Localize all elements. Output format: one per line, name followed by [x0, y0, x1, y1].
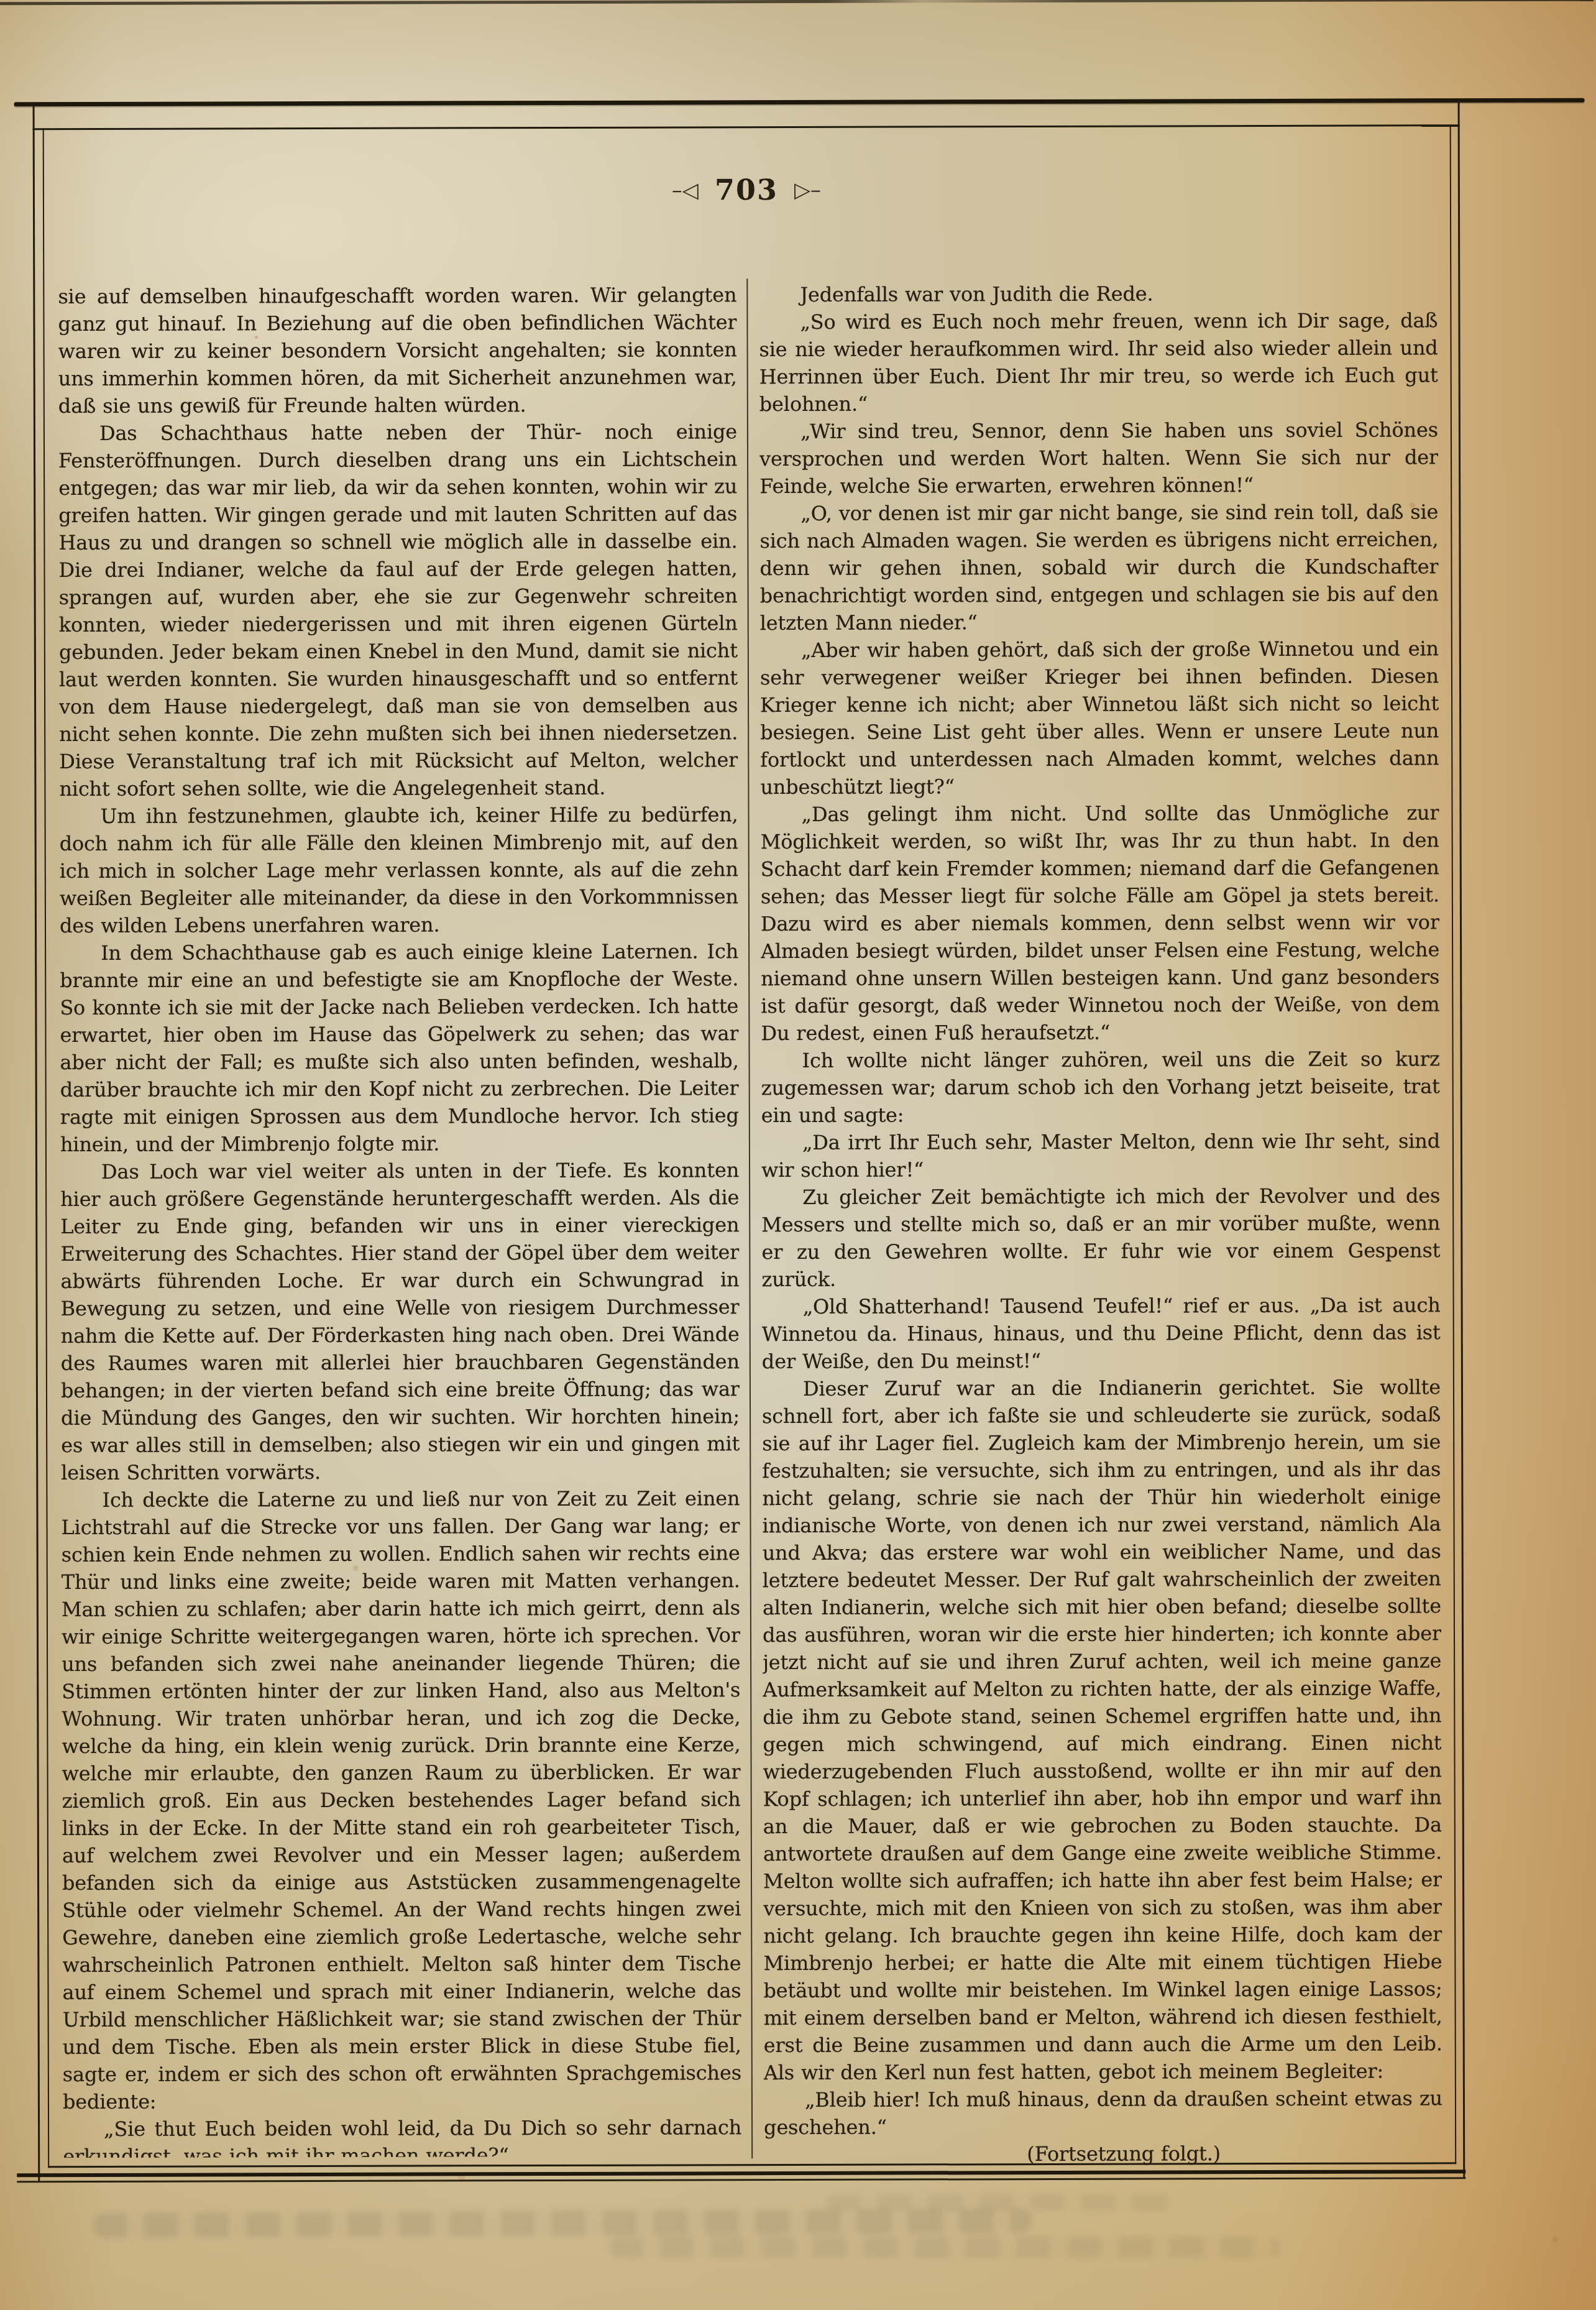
paragraph: Das Loch war viel weiter als unten in de… — [60, 1156, 740, 1486]
frame-border-right-inner — [1450, 124, 1457, 2164]
header-fleuron-right-icon: ▷– — [794, 178, 821, 203]
bottom-heavy-rule — [17, 2170, 1465, 2177]
frame-border-left-outer — [33, 103, 40, 2181]
column-divider-rule — [746, 278, 753, 2158]
paragraph: Dieser Zuruf war an die Indianerin geric… — [762, 1373, 1442, 2086]
page-number: 703 — [715, 173, 778, 206]
paragraph: „Sie thut Euch beiden wohl leid, da Du D… — [63, 2114, 741, 2158]
page-header: –◁703▷– — [33, 171, 1460, 208]
showthrough-smudge — [827, 2194, 1175, 2211]
paragraph: Um ihn festzunehmen, glaubte ich, keiner… — [59, 801, 738, 939]
frame-border-right-outer — [1458, 99, 1465, 2178]
paragraph: „Das gelingt ihm nicht. Und sollte das U… — [760, 799, 1439, 1047]
right-column-paragraphs: Jedenfalls war von Judith die Rede.„So w… — [759, 279, 1442, 2141]
left-text-column: sie auf demselben hinaufgeschafft worden… — [58, 281, 741, 2158]
top-edge-rule — [0, 0, 1594, 5]
paragraph: „Wir sind treu, Sennor, denn Sie haben u… — [759, 416, 1438, 500]
bottom-thin-rule — [17, 2177, 1465, 2183]
paragraph: Das Schachthaus hatte neben der Thür- no… — [58, 418, 738, 803]
showthrough-smudge — [93, 2208, 1032, 2238]
paragraph: In dem Schachthause gab es auch einige k… — [60, 937, 739, 1158]
top-heavy-rule — [14, 98, 1585, 107]
printed-area: –◁703▷– sie auf demselben hinaufgeschaff… — [0, 0, 1596, 2310]
showthrough-smudge — [609, 2237, 1280, 2258]
paragraph: „O, vor denen ist mir gar nicht bange, s… — [759, 498, 1439, 637]
frame-border-top — [33, 124, 1460, 130]
paragraph: „Bleib hier! Ich muß hinaus, denn da dra… — [764, 2084, 1442, 2141]
paragraph: „Old Shatterhand! Tausend Teufel!“ rief … — [762, 1291, 1441, 1375]
paragraph: Zu gleicher Zeit bemächtigte ich mich de… — [761, 1182, 1440, 1293]
paragraph: „So wird es Euch noch mehr freuen, wenn … — [759, 306, 1438, 418]
scanned-newspaper-page: –◁703▷– sie auf demselben hinaufgeschaff… — [0, 0, 1596, 2310]
paragraph: „Aber wir haben gehört, daß sich der gro… — [760, 635, 1439, 801]
paragraph: Jedenfalls war von Judith die Rede. — [759, 279, 1438, 308]
right-text-column: Jedenfalls war von Judith die Rede.„So w… — [759, 279, 1442, 2171]
frame-border-left-inner — [43, 128, 50, 2168]
paragraph: „Da irrt Ihr Euch sehr, Master Melton, d… — [761, 1127, 1440, 1184]
header-fleuron-left-icon: –◁ — [672, 178, 699, 203]
paragraph: Ich wollte nicht länger zuhören, weil un… — [761, 1045, 1440, 1129]
paragraph: Ich deckte die Laterne zu und ließ nur v… — [61, 1484, 741, 2115]
continuation-note: (Fortsetzung folgt.) — [764, 2139, 1442, 2168]
paragraph: sie auf demselben hinaufgeschafft worden… — [58, 281, 737, 420]
